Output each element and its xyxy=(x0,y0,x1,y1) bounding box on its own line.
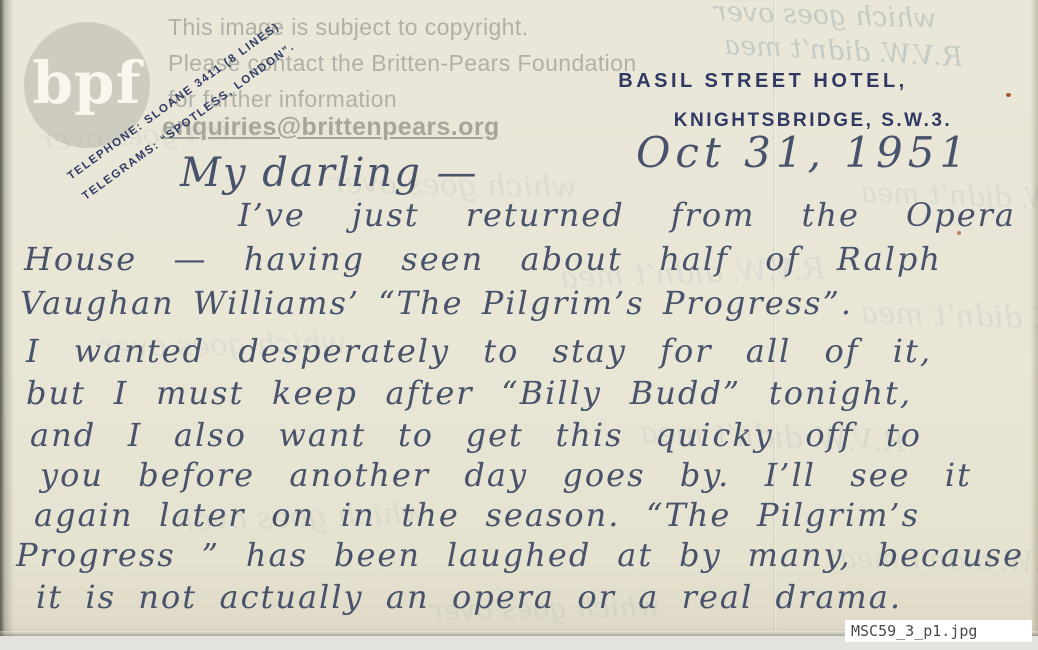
letter-line: I’ve just returned from the Opera xyxy=(238,196,1016,234)
scanned-letter-page: which goes overR.V.W. didn’t meawhich go… xyxy=(0,0,1038,650)
letter-line: you before another day goes by. I’ll see… xyxy=(40,456,972,494)
scan-left-edge xyxy=(0,0,14,636)
letter-line: again later on in the season. “The Pilgr… xyxy=(34,496,920,534)
filename-label: MSC59_3_p1.jpg xyxy=(845,620,1032,642)
rust-fleck xyxy=(957,231,961,235)
letter-line: Vaughan Williams’ “The Pilgrim’s Progres… xyxy=(20,284,850,322)
rust-fleck xyxy=(1006,93,1011,97)
letter-salutation: My darling — xyxy=(180,150,479,196)
letter-line: House — having seen about half of Ralph xyxy=(24,240,942,278)
letter-line: I wanted desperately to stay for all of … xyxy=(26,332,932,370)
letter-line: Progress ” has been laughed at by many, … xyxy=(16,536,1024,574)
letter-date: Oct 31, 1951 xyxy=(636,128,971,177)
copyright-watermark-line-1: This image is subject to copyright. xyxy=(168,14,528,41)
letter-line: and I also want to get this quicky off t… xyxy=(30,416,922,454)
hotel-name: BASIL STREET HOTEL, xyxy=(598,70,928,93)
bpf-logo-text: bpf xyxy=(32,49,141,117)
letter-line: it is not actually an opera or a real dr… xyxy=(36,578,902,616)
letter-line: but I must keep after “Billy Budd” tonig… xyxy=(26,374,912,412)
scan-right-edge xyxy=(1030,0,1038,636)
